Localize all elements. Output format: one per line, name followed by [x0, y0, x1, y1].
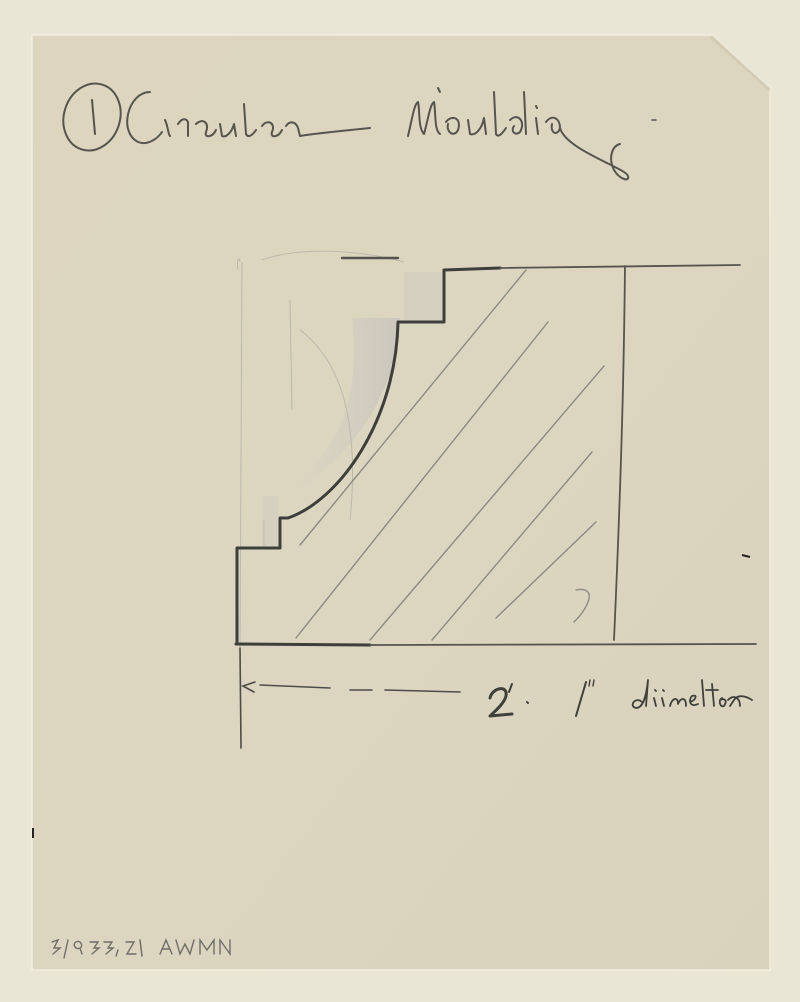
paper-sheet	[32, 35, 770, 970]
drawing-sheet	[0, 0, 800, 1002]
scan-background: (1) Circular Moulding 2' 1" diameter NMW…	[0, 0, 800, 1002]
